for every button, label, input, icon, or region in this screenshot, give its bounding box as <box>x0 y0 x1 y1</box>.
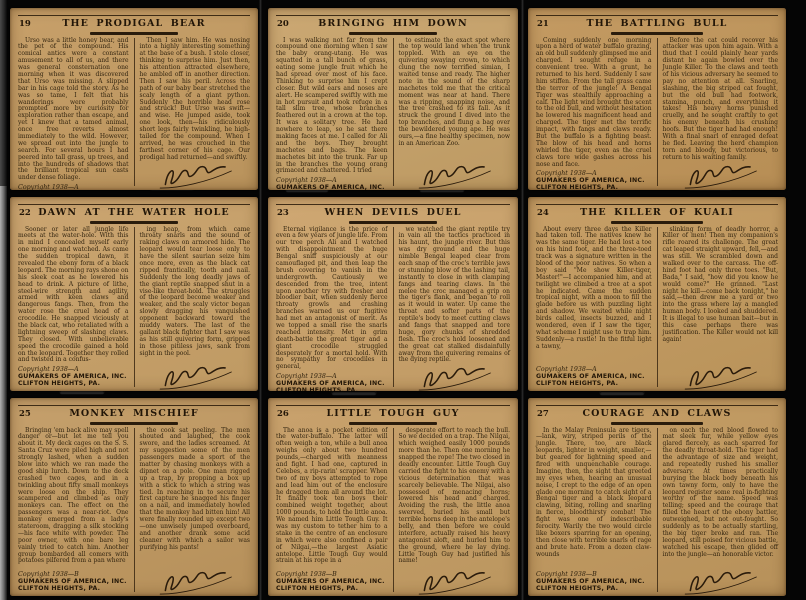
card-title: BRINGING HIM DOWN <box>276 18 510 29</box>
frank-buck-signature <box>677 357 764 391</box>
card-text-right: to estimate the exact spot where the top… <box>399 38 511 148</box>
publisher-name: GUMAKERS OF AMERICA, INC. <box>18 373 129 380</box>
trading-card-24[interactable]: 24 THE KILLER OF KUALI About every three… <box>528 197 786 391</box>
publisher-city: CLIFTON HEIGHTS, PA. <box>18 380 129 387</box>
frank-buck-signature <box>151 357 238 391</box>
title-top-rule <box>276 405 510 406</box>
card-number: 25 <box>19 409 31 419</box>
card-title: THE BATTLING BULL <box>536 18 778 29</box>
publisher-name: GUMAKERS OF AMERICA, INC. <box>276 380 388 387</box>
card-text-left: Bringing 'em back alive may spell danger… <box>18 428 129 566</box>
title-top-rule <box>536 204 778 205</box>
title-top-rule <box>536 405 778 406</box>
card-number: 20 <box>277 19 289 29</box>
frank-buck-signature <box>677 562 764 596</box>
title-top-rule <box>18 15 250 16</box>
title-underline <box>349 32 438 35</box>
card-text-left: Sooner or later all jungle life meets at… <box>18 227 129 365</box>
card-number: 22 <box>19 208 31 218</box>
publisher-name: GUMAKERS OF AMERICA, INC. <box>536 578 652 585</box>
publisher-name: GUMAKERS OF AMERICA, INC. <box>276 184 388 190</box>
card-title: DAWN AT THE WATER HOLE <box>18 207 250 218</box>
copyright-line: Copyright 1938—A <box>536 170 652 177</box>
title-top-rule <box>18 204 250 205</box>
card-text-left: Urso was a little honey bear, and the pe… <box>18 38 129 183</box>
trading-card-23[interactable]: 23 WHEN DEVILS DUEL Eternal vigilance is… <box>268 197 518 391</box>
trading-card-19[interactable]: 19 THE PRODIGAL BEAR Urso was a little h… <box>10 8 258 190</box>
publisher-city: CLIFTON HEIGHTS, PA. <box>18 585 129 592</box>
card-text-right: Before the cat could recover his attacke… <box>663 38 779 162</box>
copyright-line: Copyright 1938—A <box>18 366 129 373</box>
card-text-left: About every three days the Killer had ta… <box>536 227 652 351</box>
copyright-line: Copyright 1938—A <box>18 184 129 190</box>
title-underline <box>611 422 703 425</box>
card-text-left: In the Malay Peninsula are tigers,—lank,… <box>536 428 652 559</box>
copyright-line: Copyright 1938—A <box>276 373 388 380</box>
card-number: 27 <box>537 409 549 419</box>
title-underline <box>90 221 178 224</box>
title-underline <box>349 221 438 224</box>
card-title: COURAGE AND CLAWS <box>536 408 778 419</box>
card-title: MONKEY MISCHIEF <box>18 408 250 419</box>
card-text-left: Eternal vigilance is the price of even a… <box>276 227 388 372</box>
publisher-city: CLIFTON HEIGHTS, PA. <box>536 184 652 190</box>
trading-card-21[interactable]: 21 THE BATTLING BULL Coming suddenly one… <box>528 8 786 190</box>
publisher-city: CLIFTON HEIGHTS, PA. <box>276 387 388 391</box>
copyright-line: Copyright 1938—B <box>276 571 388 578</box>
card-title: LITTLE TOUGH GUY <box>276 408 510 419</box>
title-underline <box>611 32 703 35</box>
card-number: 21 <box>537 19 549 29</box>
card-text-right: on each the red blood flowed to mat slee… <box>663 428 779 559</box>
card-text-left: Coming suddenly one morning upon a herd … <box>536 38 652 169</box>
card-text-right: we watched the giant reptile try in vain… <box>399 227 511 365</box>
title-top-rule <box>276 204 510 205</box>
publisher-city: CLIFTON HEIGHTS, PA. <box>276 585 388 592</box>
publisher-city: CLIFTON HEIGHTS, PA. <box>536 585 652 592</box>
title-top-rule <box>276 15 510 16</box>
frank-buck-signature <box>411 156 498 190</box>
publisher-name: GUMAKERS OF AMERICA, INC. <box>18 578 129 585</box>
title-top-rule <box>536 15 778 16</box>
card-number: 26 <box>277 409 289 419</box>
trading-card-22[interactable]: 22 DAWN AT THE WATER HOLE Sooner or late… <box>10 197 258 391</box>
card-title: WHEN DEVILS DUEL <box>276 207 510 218</box>
title-underline <box>90 422 178 425</box>
card-number: 24 <box>537 208 549 218</box>
card-text-left: I was walking not far from the compound … <box>276 38 388 176</box>
card-text-right: Then I saw him. He was nosing into a hig… <box>140 38 251 162</box>
trading-card-26[interactable]: 26 LITTLE TOUGH GUY The anoa is a pocket… <box>268 398 518 596</box>
trading-card-27[interactable]: 27 COURAGE AND CLAWS In the Malay Penins… <box>528 398 786 596</box>
copyright-line: Copyright 1938—B <box>536 571 652 578</box>
title-top-rule <box>18 405 250 406</box>
frank-buck-signature <box>151 562 238 596</box>
title-underline <box>90 32 178 35</box>
publisher-city: CLIFTON HEIGHTS, PA. <box>536 380 652 387</box>
publisher-name: GUMAKERS OF AMERICA, INC. <box>276 578 388 585</box>
publisher-name: GUMAKERS OF AMERICA, INC. <box>536 177 652 184</box>
card-title: THE PRODIGAL BEAR <box>18 18 250 29</box>
card-title: THE KILLER OF KUALI <box>536 207 778 218</box>
copyright-line: Copyright 1938—A <box>536 366 652 373</box>
card-text-right: desperate effort to reach the bull. So w… <box>399 428 511 566</box>
card-text-right: ing heap, from which came throaty snarls… <box>140 227 251 358</box>
card-text-right: the cook sat peeling. The men shouted an… <box>140 428 251 552</box>
copyright-line: Copyright 1938—A <box>276 177 388 184</box>
frank-buck-signature <box>411 562 498 596</box>
title-underline <box>611 221 703 224</box>
title-underline <box>349 422 438 425</box>
trading-card-25[interactable]: 25 MONKEY MISCHIEF Bringing 'em back ali… <box>10 398 258 596</box>
card-text-left: The anoa is a pocket edition of the wate… <box>276 428 388 566</box>
trading-card-20[interactable]: 20 BRINGING HIM DOWN I was walking not f… <box>268 8 518 190</box>
card-number: 19 <box>19 19 31 29</box>
card-text-right: slinking form of deadly horror, a Killer… <box>663 227 779 344</box>
card-number: 23 <box>277 208 289 218</box>
card-grid: 19 THE PRODIGAL BEAR Urso was a little h… <box>0 0 806 600</box>
copyright-line: Copyright 1938—B <box>18 571 129 578</box>
publisher-name: GUMAKERS OF AMERICA, INC. <box>536 373 652 380</box>
